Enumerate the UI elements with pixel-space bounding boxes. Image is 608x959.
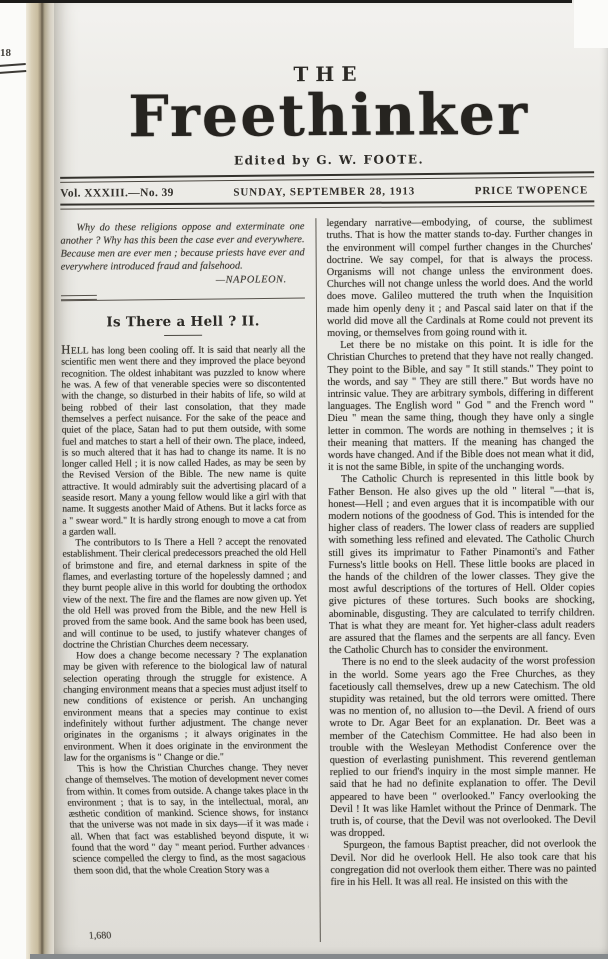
scanned-page: THE Freethinker Edited by G. W. FOOTE. V… (0, 0, 608, 959)
previous-page-fold-rule (0, 63, 26, 74)
scan-corner-top-right (574, 0, 608, 48)
text-columns: Why do these religions oppose and exterm… (60, 217, 596, 944)
epigraph-rule (61, 295, 305, 302)
masthead: THE Freethinker Edited by G. W. FOOTE. V… (51, 60, 606, 210)
scan-top-edge (0, 0, 572, 3)
body-paragraph: How does a change become necessary ? The… (63, 649, 308, 763)
issue-date: SUNDAY, SEPTEMBER 28, 1913 (233, 186, 415, 199)
body-paragraph: HELL has long been cooling off. It is sa… (61, 343, 306, 538)
body-paragraph: The contributors to Is There a Hell ? ac… (62, 536, 307, 650)
masthead-rule-top (60, 171, 594, 183)
issue-line: Vol. XXXIII.—No. 39 SUNDAY, SEPTEMBER 28… (52, 184, 606, 199)
masthead-editor: Edited by G. W. FOOTE. (52, 151, 606, 168)
scan-bottom-edge (30, 954, 608, 959)
body-paragraph: There is no end to the sleek audacity of… (329, 656, 596, 841)
binding-gutter (26, 0, 54, 959)
body-paragraph: Let there be no mistake on this point. I… (327, 339, 594, 475)
page-content: THE Freethinker Edited by G. W. FOOTE. V… (51, 0, 608, 959)
issue-price: PRICE TWOPENCE (475, 185, 589, 198)
masthead-title: Freethinker (52, 85, 606, 147)
body-paragraph: This is how the Christian Churches chang… (64, 762, 309, 876)
previous-page-edge: 18 (0, 0, 26, 959)
left-column: Why do these religions oppose and exterm… (60, 218, 308, 943)
article-title: Is There a Hell ? II. (61, 313, 305, 330)
article-body-left: HELL has long been cooling off. It is sa… (61, 343, 308, 910)
body-paragraph: legendary narrative—embodying, of course… (326, 217, 593, 341)
masthead-rule-bottom (60, 201, 594, 210)
epigraph-text: Why do these religions oppose and exterm… (60, 220, 304, 273)
page-number: 1,680 (88, 930, 111, 941)
article-title-rule (164, 335, 202, 336)
article-body-right: legendary narrative—embodying, of course… (326, 217, 596, 943)
epigraph-attribution: —NAPOLEON. (61, 273, 305, 287)
right-column: legendary narrative—embodying, of course… (315, 217, 596, 943)
issue-volume: Vol. XXXIII.—No. 39 (60, 187, 174, 200)
body-paragraph: The Catholic Church is represented in th… (328, 473, 595, 658)
epigraph: Why do these religions oppose and exterm… (60, 220, 304, 287)
body-paragraph: Spurgeon, the famous Baptist preacher, d… (330, 839, 596, 889)
newspaper-page: THE Freethinker Edited by G. W. FOOTE. V… (54, 0, 608, 959)
previous-page-number: 18 (0, 47, 11, 59)
